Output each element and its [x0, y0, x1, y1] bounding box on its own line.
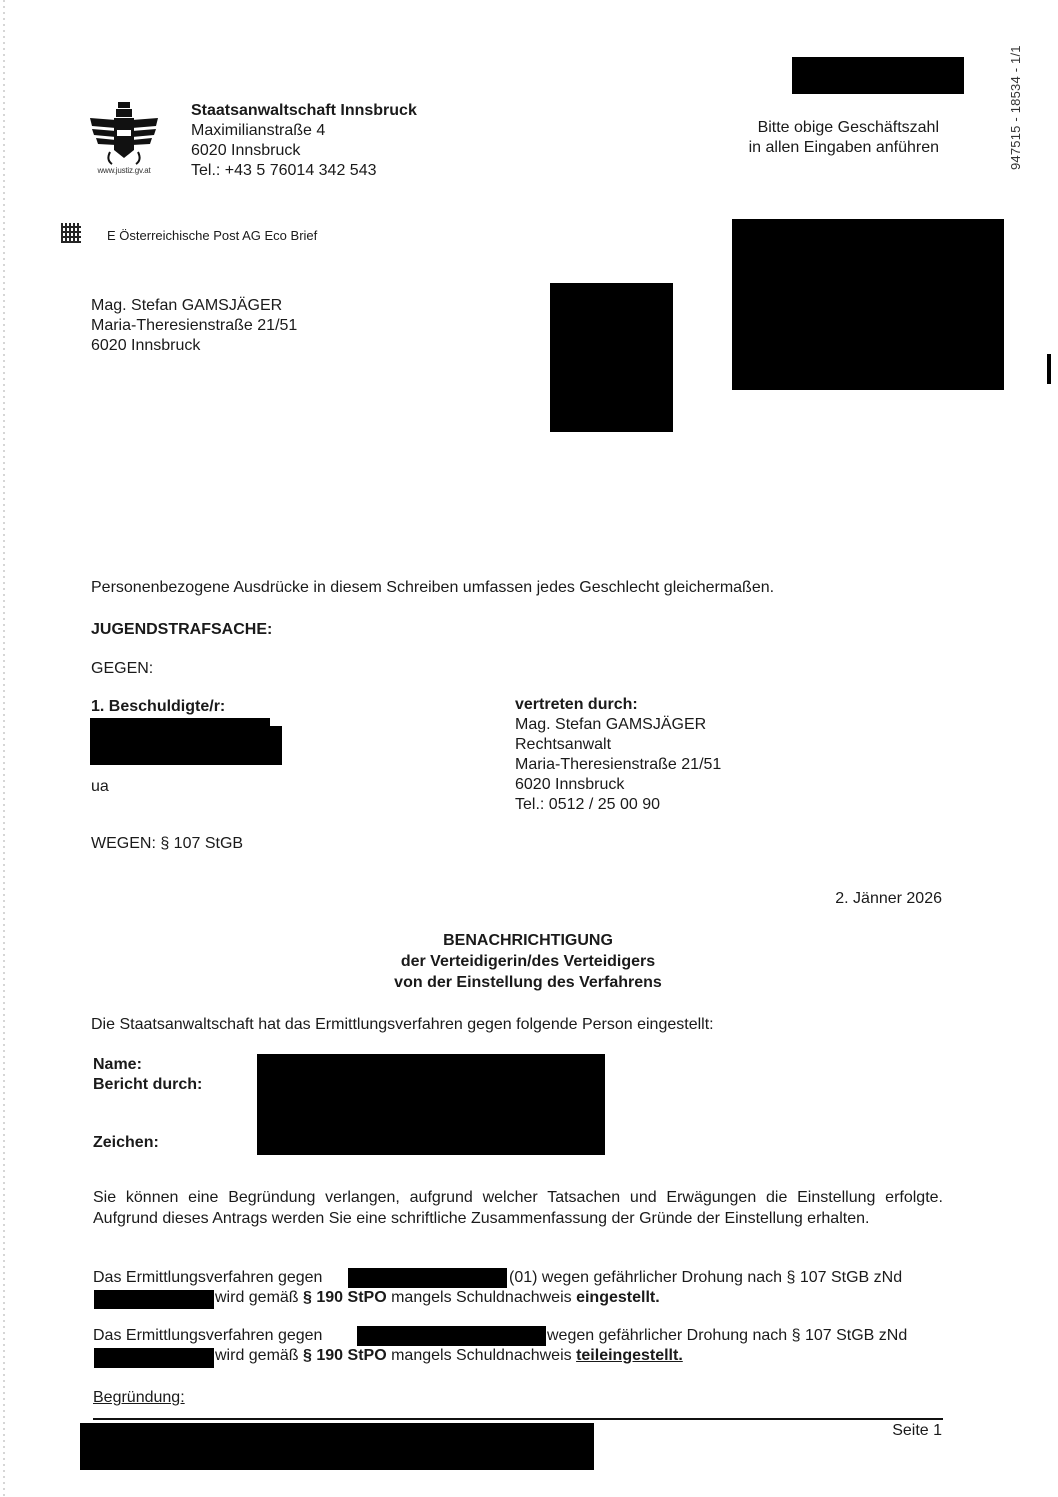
accused-suffix: ua [91, 777, 109, 797]
info-paragraph: Sie können eine Begründung verlangen, au… [93, 1187, 943, 1229]
redacted-block [732, 219, 1004, 390]
footer-rule [93, 1418, 943, 1420]
reference-note: Bitte obige Geschäftszahl in allen Einga… [700, 118, 939, 158]
justice-logo: www.justiz.gv.at [86, 100, 162, 180]
decision-text: mangels Schuldnachweis [387, 1289, 576, 1306]
sender-street: Maximilianstraße 4 [191, 121, 417, 141]
title-line: BENACHRICHTIGUNG [300, 930, 756, 951]
legal-reference: § 190 StPO [303, 1347, 387, 1364]
redacted-accused-name [90, 718, 270, 765]
decision2-line2: wird gemäß § 190 StPO mangels Schuldnach… [215, 1346, 683, 1366]
decision1-start: Das Ermittlungsverfahren gegen [93, 1268, 322, 1288]
redacted-case-number [792, 57, 964, 94]
austrian-eagle-icon [86, 100, 162, 168]
title-line: der Verteidigerin/des Verteidigers [300, 951, 756, 972]
redacted-person-details [257, 1054, 605, 1155]
sender-org: Staatsanwaltschaft Innsbruck [191, 101, 417, 121]
legal-reference: § 190 StPO [303, 1289, 387, 1306]
report-label: Bericht durch: [93, 1075, 202, 1095]
decision1-line2: wird gemäß § 190 StPO mangels Schuldnach… [215, 1288, 660, 1308]
document-date: 2. Jänner 2026 [700, 889, 942, 909]
representative-phone: Tel.: 0512 / 25 00 90 [515, 795, 721, 815]
redacted-accused-name [268, 726, 282, 765]
intro-text: Die Staatsanwaltschaft hat das Ermittlun… [91, 1015, 714, 1035]
name-label: Name: [93, 1055, 202, 1075]
scan-edge-artifact [3, 0, 5, 1497]
redacted-block [550, 283, 673, 432]
charge-line: WEGEN: § 107 StGB [91, 834, 243, 854]
sender-address: Staatsanwaltschaft Innsbruck Maximilians… [191, 101, 417, 181]
recipient-city: 6020 Innsbruck [91, 336, 297, 356]
accused-label: 1. Beschuldigte/r: [91, 697, 225, 717]
reference-note-line: in allen Eingaben anführen [700, 138, 939, 158]
decision2-end: wegen gefährlicher Drohung nach § 107 St… [547, 1326, 907, 1346]
decision-result: eingestellt. [576, 1289, 660, 1306]
redacted-name [94, 1348, 214, 1368]
decision1-end: (01) wegen gefährlicher Drohung nach § 1… [509, 1268, 902, 1288]
decision2-start: Das Ermittlungsverfahren gegen [93, 1326, 322, 1346]
reason-heading: Begründung: [93, 1388, 185, 1408]
redacted-footer [80, 1423, 594, 1470]
datamatrix-code-icon [61, 223, 81, 243]
document-side-id: 947515 - 18534 - 1/1 [1008, 10, 1038, 170]
redacted-name [94, 1290, 214, 1309]
representative-name: Mag. Stefan GAMSJÄGER [515, 715, 721, 735]
representative: vertreten durch: Mag. Stefan GAMSJÄGER R… [515, 695, 721, 815]
reference-note-line: Bitte obige Geschäftszahl [700, 118, 939, 138]
representative-city: 6020 Innsbruck [515, 775, 721, 795]
sign-label: Zeichen: [93, 1133, 159, 1153]
postal-service-line: E Österreichische Post AG Eco Brief [107, 228, 317, 243]
recipient-address: Mag. Stefan GAMSJÄGER Maria-Theresienstr… [91, 296, 297, 356]
against-label: GEGEN: [91, 659, 153, 679]
decision-text: mangels Schuldnachweis [387, 1347, 576, 1364]
scan-edge-mark [1047, 354, 1051, 384]
sender-phone: Tel.: +43 5 76014 342 543 [191, 161, 417, 181]
gender-disclaimer: Personenbezogene Ausdrücke in diesem Sch… [91, 578, 774, 598]
sender-city: 6020 Innsbruck [191, 141, 417, 161]
decision-text: wird gemäß [215, 1347, 303, 1364]
title-line: von der Einstellung des Verfahrens [300, 972, 756, 993]
representative-label: vertreten durch: [515, 695, 721, 715]
redacted-name [357, 1326, 546, 1346]
person-fields: Name: Bericht durch: [93, 1055, 202, 1095]
decision-text: wird gemäß [215, 1289, 303, 1306]
logo-url: www.justiz.gv.at [86, 166, 162, 175]
case-type: JUGENDSTRAFSACHE: [91, 620, 272, 640]
recipient-name: Mag. Stefan GAMSJÄGER [91, 296, 297, 316]
recipient-street: Maria-Theresienstraße 21/51 [91, 316, 297, 336]
page-number: Seite 1 [860, 1421, 942, 1441]
representative-street: Maria-Theresienstraße 21/51 [515, 755, 721, 775]
decision-result: teileingestellt. [576, 1347, 683, 1364]
document-title: BENACHRICHTIGUNG der Verteidigerin/des V… [300, 930, 756, 993]
representative-role: Rechtsanwalt [515, 735, 721, 755]
redacted-name [348, 1268, 507, 1288]
